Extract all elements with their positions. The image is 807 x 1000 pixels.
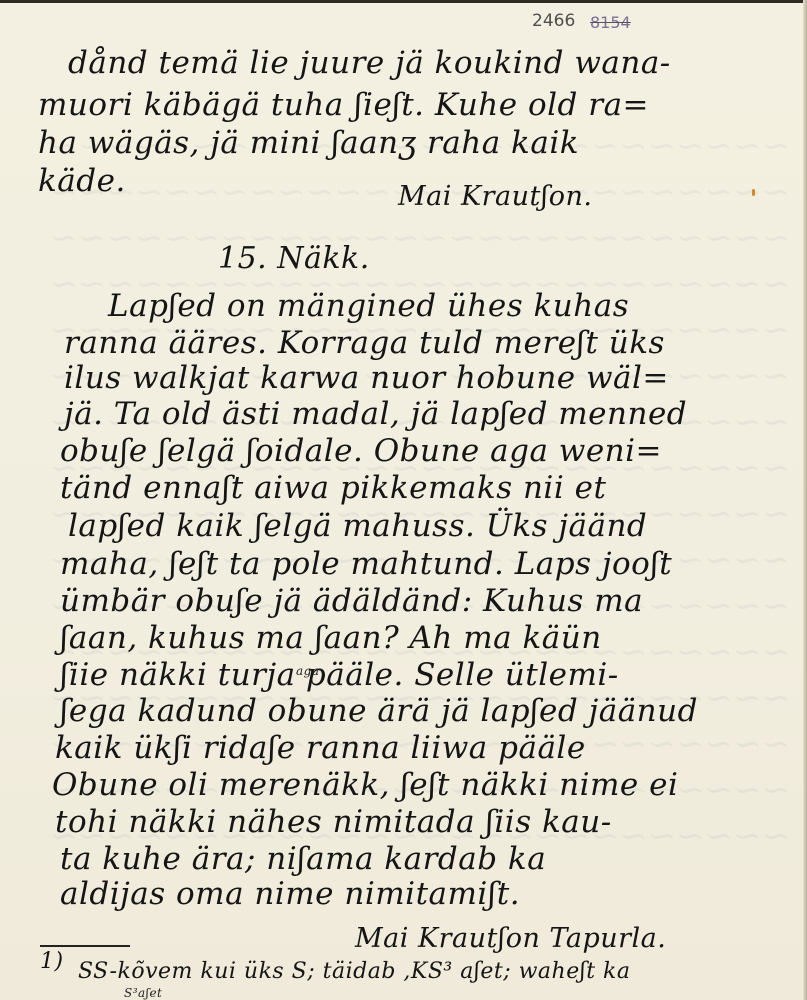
signature: Mai Krautʃon. <box>398 181 592 212</box>
text-line: ha wägäs, jä mini ʃaanʒ raha kaik <box>38 125 579 161</box>
text-line: ta kuhe ära; niʃama kardab ka <box>60 841 546 877</box>
scan-right-edge <box>803 0 807 1000</box>
text-line: käde. <box>38 163 126 199</box>
text-line: ʃaan, kuhus ma ʃaan? Ah ma käün <box>60 620 602 656</box>
text-line: ümbär obuʃe jä ädäldänd: Kuhus ma <box>60 583 643 619</box>
footnote-text: SS-kõvem kui üks S; täidab ,KS³ aʃet; wa… <box>78 959 631 984</box>
footnote-subnote: S³aʃet <box>124 986 162 1000</box>
text-line: Lapʃed on mängined ühes kuhas <box>108 288 629 324</box>
footnote-rule <box>40 945 130 947</box>
text-line: dånd temä lie juure jä koukind wana- <box>68 45 671 81</box>
text-line: maha, ʃeʃt ta pole mahtund. Laps jooʃt <box>60 546 672 582</box>
manuscript-page: ~~~~~~~~~~~~~~~~~~~~~~~~~~~~~~~~~~~~~~~~… <box>0 3 805 1000</box>
paper-mark <box>752 189 755 196</box>
text-line: ranna ääres. Korraga tuld mereʃt üks <box>64 325 665 361</box>
text-line: lapʃed kaik ʃelgä mahuss. Üks jäänd <box>68 508 647 544</box>
interlinear-insertion: aga <box>296 664 320 678</box>
text-line: Obune oli merenäkk, ʃeʃt näkki nime ei <box>52 767 678 803</box>
text-line: kaik ükʃi ridaʃe ranna liiwa pääle <box>55 730 586 766</box>
text-line: tänd ennaʃt aiwa pikkemaks nii et <box>60 470 606 506</box>
signature-with-place: Mai Krautʃon Tapurla. <box>355 923 666 954</box>
text-line: obuʃe ʃelgä ʃoidale. Obune aga weni= <box>60 433 662 469</box>
story-title: 15. Näkk. <box>218 241 370 276</box>
text-line: muori käbägä tuha ʃieʃt. Kuhe old ra= <box>38 87 649 123</box>
archive-number: 2466 <box>532 11 575 31</box>
text-line: ʃiie näkki turja pääle. Selle ütlemi- <box>60 657 619 693</box>
footnote-marker: 1) <box>40 949 64 974</box>
text-line: aldijas oma nime nimitamiʃt. <box>60 876 520 912</box>
archive-old-number: 8154 <box>590 13 631 32</box>
text-line: jä. Ta old ästi madal, jä lapʃed menned <box>64 396 687 432</box>
text-line: ʃega kadund obune ärä jä lapʃed jäänud <box>60 693 698 729</box>
text-line: ilus walkjat karwa nuor hobune wäl= <box>64 360 669 396</box>
text-line: tohi näkki nähes nimitada ʃiis kau- <box>55 804 612 840</box>
